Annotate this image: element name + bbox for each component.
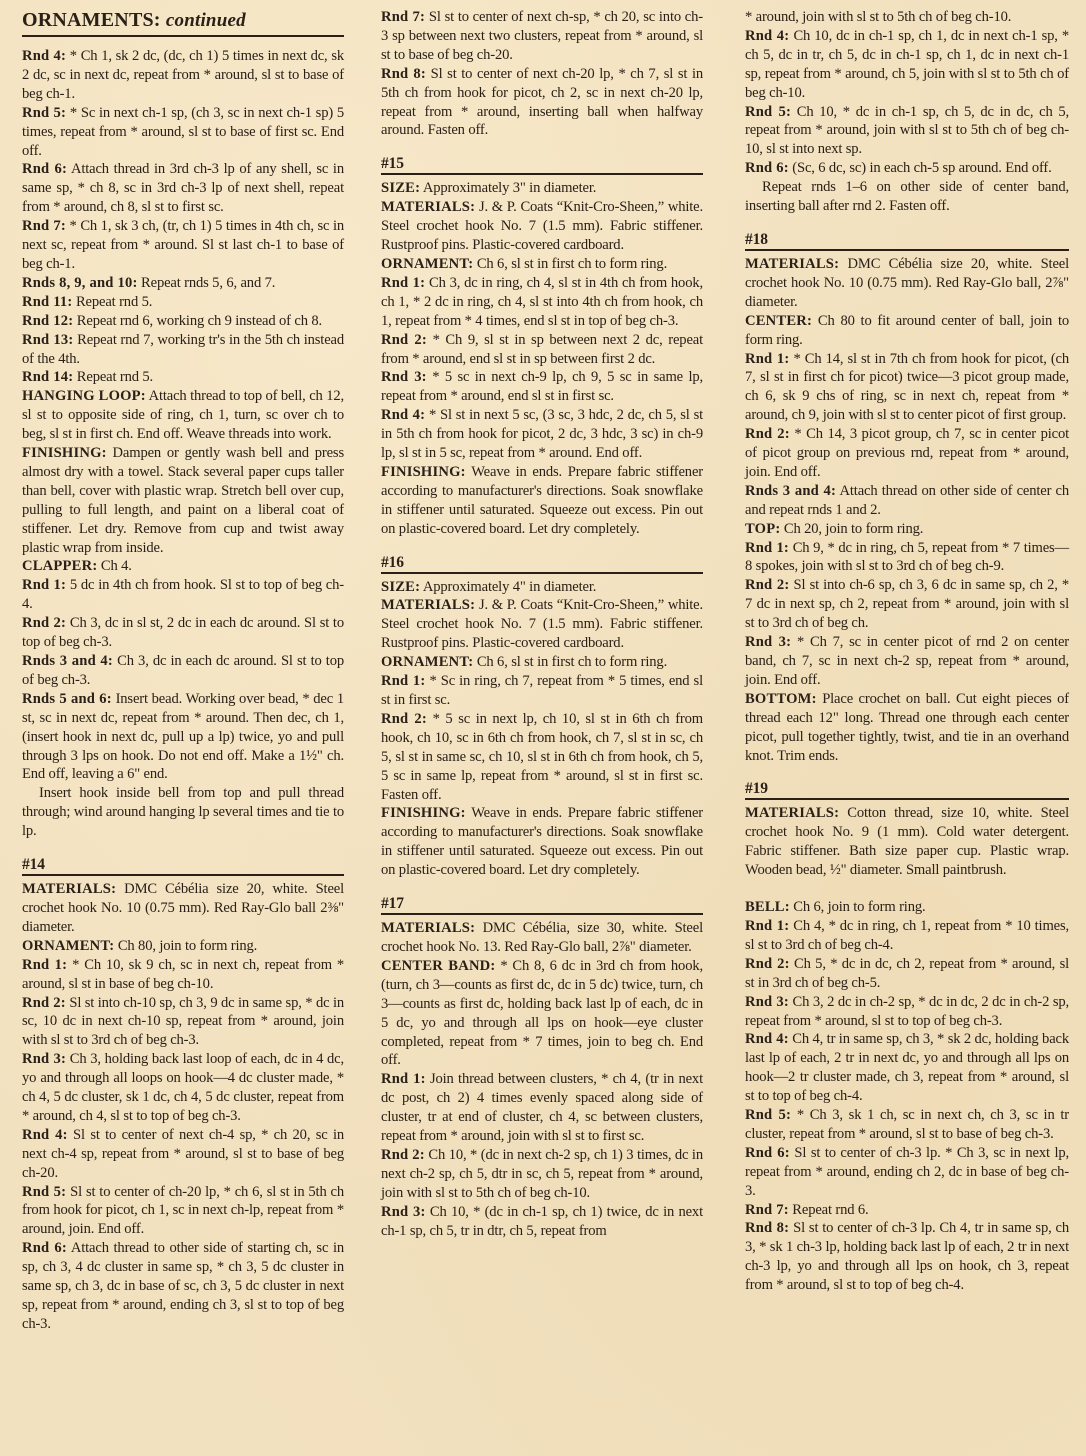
instruction-paragraph: MATERIALS: J. & P. Coats “Knit-Cro-Sheen… [381,198,703,255]
step-label: SIZE: [381,579,420,595]
instruction-paragraph: Rnd 7: Sl st to center of next ch-sp, * … [381,8,703,65]
step-label: Rnds 8, 9, and 10: [22,275,138,291]
step-text: Ch 6, join to form ring. [790,899,926,915]
step-label: Rnd 6: [22,1240,67,1256]
step-label: Rnd 1: [745,351,789,367]
instruction-paragraph: Rnd 2: Sl st into ch-6 sp, ch 3, 6 dc in… [745,576,1069,633]
instruction-paragraph: Rnd 5: Sl st to center of ch-20 lp, * ch… [22,1183,344,1240]
instruction-paragraph: Rnd 6: Sl st to center of ch-3 lp. * Ch … [745,1144,1069,1201]
instruction-paragraph: Rnd 5: Ch 10, * dc in ch-1 sp, ch 5, dc … [745,103,1069,160]
step-label: Rnd 12: [22,313,73,329]
section-heading: #15 [381,154,703,175]
step-text: Repeat rnd 6, working ch 9 instead of ch… [73,313,322,329]
instruction-paragraph: Rnd 1: Ch 9, * dc in ring, ch 5, repeat … [745,539,1069,577]
step-text: Approximately 4" in diameter. [420,579,596,595]
step-text: Repeat rnd 6. [789,1202,869,1218]
instruction-paragraph: Rnd 3: * 5 sc in next ch-9 lp, ch 9, 5 s… [381,368,703,406]
step-label: HANGING LOOP: [22,388,146,404]
section-heading: #16 [381,553,703,574]
step-label: Rnd 2: [745,956,790,972]
instruction-paragraph: FINISHING: Weave in ends. Prepare fabric… [381,804,703,880]
instruction-paragraph: Rnd 1: Ch 3, dc in ring, ch 4, sl st in … [381,274,703,331]
instruction-paragraph: Rnd 2: Sl st into ch-10 sp, ch 3, 9 dc i… [22,994,344,1051]
step-text: Sl st into ch-10 sp, ch 3, 9 dc in same … [22,995,344,1049]
instruction-paragraph: FINISHING: Weave in ends. Prepare fabric… [381,463,703,539]
step-text: Approximately 3" in diameter. [420,180,596,196]
instruction-paragraph: MATERIALS: J. & P. Coats “Knit-Cro-Sheen… [381,596,703,653]
instruction-paragraph: Rnd 6: Attach thread to other side of st… [22,1239,344,1334]
instruction-paragraph: Rnd 8: Sl st to center of next ch-20 lp,… [381,65,703,141]
instruction-paragraph: Rnd 1: * Sc in ring, ch 7, repeat from *… [381,672,703,710]
step-label: Rnd 5: [745,1107,791,1123]
step-text: Sl st to center of next ch-4 sp, * ch 20… [22,1127,344,1181]
magazine-page: ORNAMENTS: continuedRnd 4: * Ch 1, sk 2 … [0,0,1086,1456]
step-label: Rnd 1: [22,577,66,593]
instruction-paragraph: Rnd 13: Repeat rnd 7, working tr's in th… [22,331,344,369]
instruction-paragraph: Rnd 1: Ch 4, * dc in ring, ch 1, repeat … [745,917,1069,955]
step-label: Rnd 4: [745,1031,789,1047]
step-text: Ch 3, dc in sl st, 2 dc in each dc aroun… [22,615,344,650]
step-label: Rnd 3: [745,994,789,1010]
instruction-paragraph: Rnd 5: * Sc in next ch-1 sp, (ch 3, sc i… [22,104,344,161]
step-label: Rnd 4: [22,48,66,64]
step-text: * Ch 10, sk 9 ch, sc in next ch, repeat … [22,957,344,992]
page-title-suffix: continued [166,10,246,31]
step-text: * Ch 3, sk 1 ch, sc in next ch, ch 3, sc… [745,1107,1069,1142]
instruction-paragraph: MATERIALS: DMC Cébélia size 20, white. S… [22,880,344,937]
instruction-paragraph: Rnd 4: Sl st to center of next ch-4 sp, … [22,1126,344,1183]
step-text: Sl st to center of ch-3 lp. Ch 4, tr in … [745,1220,1069,1293]
step-text: Sl st to center of ch-3 lp. * Ch 3, sc i… [745,1145,1069,1199]
section-heading: #14 [22,855,344,876]
instruction-paragraph: BOTTOM: Place crochet on ball. Cut eight… [745,690,1069,766]
step-label: BOTTOM: [745,691,817,707]
step-text: * Sc in ring, ch 7, repeat from * 5 time… [381,673,703,708]
step-text: Join thread between clusters, * ch 4, (t… [381,1071,703,1144]
instruction-paragraph: * around, join with sl st to 5th ch of b… [745,8,1069,27]
step-label: Rnd 5: [745,104,791,120]
instruction-paragraph: Rnd 2: Ch 5, * dc in dc, ch 2, repeat fr… [745,955,1069,993]
instruction-paragraph: BELL: Ch 6, join to form ring. [745,898,1069,917]
step-label: Rnd 2: [381,711,427,727]
instruction-paragraph: Rnds 3 and 4: Ch 3, dc in each dc around… [22,652,344,690]
step-text: Repeat rnds 1–6 on other side of center … [745,179,1069,214]
step-text: Sl st to center of next ch-20 lp, * ch 7… [381,66,703,139]
step-label: MATERIALS: [745,256,839,272]
step-label: SIZE: [381,180,420,196]
step-label: FINISHING: [381,464,466,480]
column-right: * around, join with sl st to 5th ch of b… [745,8,1069,1456]
step-label: ORNAMENT: [381,654,473,670]
instruction-paragraph: Rnd 2: Ch 10, * (dc in next ch-2 sp, ch … [381,1146,703,1203]
step-label: MATERIALS: [381,597,475,613]
step-text: Sl st to center of next ch-sp, * ch 20, … [381,9,703,63]
step-label: Rnd 1: [381,275,425,291]
instruction-paragraph: ORNAMENT: Ch 6, sl st in first ch to for… [381,255,703,274]
step-label: Rnd 11: [22,294,72,310]
step-label: Rnd 6: [745,160,789,176]
step-text: Ch 3, holding back last loop of each, dc… [22,1051,344,1124]
step-label: Rnd 6: [22,161,67,177]
instruction-paragraph: SIZE: Approximately 3" in diameter. [381,179,703,198]
instruction-paragraph: Rnd 8: Sl st to center of ch-3 lp. Ch 4,… [745,1219,1069,1295]
step-label: Rnd 14: [22,369,73,385]
step-text: * Ch 1, sk 2 dc, (dc, ch 1) 5 times in n… [22,48,344,102]
step-label: Rnd 5: [22,105,66,121]
step-label: Rnd 2: [745,426,790,442]
step-label: Rnd 3: [22,1051,66,1067]
step-text: * 5 sc in next lp, ch 10, sl st in 6th c… [381,711,703,803]
instruction-paragraph: MATERIALS: DMC Cébélia size 20, white. S… [745,255,1069,312]
step-label: CLAPPER: [22,558,97,574]
step-label: Rnd 7: [745,1202,789,1218]
instruction-paragraph: Rnd 3: * Ch 7, sc in center picot of rnd… [745,633,1069,690]
instruction-paragraph: Rnd 12: Repeat rnd 6, working ch 9 inste… [22,312,344,331]
step-label: Rnd 1: [381,1071,426,1087]
step-label: Rnd 6: [745,1145,790,1161]
instruction-paragraph: Rnds 8, 9, and 10: Repeat rnds 5, 6, and… [22,274,344,293]
instruction-paragraph: Rnd 4: Ch 10, dc in ch-1 sp, ch 1, dc in… [745,27,1069,103]
instruction-paragraph: Rnd 11: Repeat rnd 5. [22,293,344,312]
step-text: Ch 80, join to form ring. [114,938,257,954]
instruction-paragraph: Rnd 1: Join thread between clusters, * c… [381,1070,703,1146]
step-label: Rnd 1: [22,957,67,973]
step-text: Repeat rnd 5. [72,294,152,310]
instruction-paragraph: Rnd 7: * Ch 1, sk 3 ch, (tr, ch 1) 5 tim… [22,217,344,274]
step-label: Rnd 3: [381,369,427,385]
instruction-paragraph: Insert hook inside bell from top and pul… [22,784,344,841]
step-label: Rnd 2: [381,1147,425,1163]
instruction-paragraph: CENTER BAND: * Ch 8, 6 dc in 3rd ch from… [381,957,703,1070]
step-label: TOP: [745,521,780,537]
instruction-paragraph: Rnds 5 and 6: Insert bead. Working over … [22,690,344,785]
step-text: * Ch 8, 6 dc in 3rd ch from hook, (turn,… [381,958,703,1069]
column-left: ORNAMENTS: continuedRnd 4: * Ch 1, sk 2 … [22,8,344,1456]
step-text: Ch 10, dc in ch-1 sp, ch 1, dc in next c… [745,28,1069,101]
step-text: Ch 4, tr in same sp, ch 3, * sk 2 dc, ho… [745,1031,1069,1104]
instruction-paragraph: Rnd 2: Ch 3, dc in sl st, 2 dc in each d… [22,614,344,652]
step-text: Ch 10, * (dc in next ch-2 sp, ch 1) 3 ti… [381,1147,703,1201]
instruction-paragraph: Rnd 4: Ch 4, tr in same sp, ch 3, * sk 2… [745,1030,1069,1106]
step-label: Rnd 7: [22,218,66,234]
instruction-paragraph: ORNAMENT: Ch 6, sl st in first ch to for… [381,653,703,672]
step-label: Rnd 4: [381,407,425,423]
instruction-paragraph: Rnd 1: * Ch 10, sk 9 ch, sc in next ch, … [22,956,344,994]
step-text: * Ch 7, sc in center picot of rnd 2 on c… [745,634,1069,688]
step-text: Sl st into ch-6 sp, ch 3, 6 dc in same s… [745,577,1069,631]
instruction-paragraph: SIZE: Approximately 4" in diameter. [381,578,703,597]
step-text: Ch 4. [97,558,131,574]
step-label: ORNAMENT: [381,256,473,272]
step-label: FINISHING: [22,445,107,461]
instruction-paragraph: Rnd 1: 5 dc in 4th ch from hook. Sl st t… [22,576,344,614]
instruction-paragraph: Rnd 2: * Ch 9, sl st in sp between next … [381,331,703,369]
step-label: Rnd 2: [745,577,789,593]
step-text: * Ch 14, 3 picot group, ch 7, sc in cent… [745,426,1069,480]
step-text: Ch 20, join to form ring. [780,521,923,537]
instruction-paragraph: MATERIALS: DMC Cébélia, size 30, white. … [381,919,703,957]
step-label: Rnd 4: [745,28,789,44]
step-text: Ch 6, sl st in first ch to form ring. [473,256,667,272]
step-text: Ch 10, * (dc in ch-1 sp, ch 1) twice, dc… [381,1204,703,1239]
step-label: Rnd 2: [22,615,66,631]
instruction-paragraph: CLAPPER: Ch 4. [22,557,344,576]
page-title: ORNAMENTS: continued [22,8,344,37]
step-text: * Ch 14, sl st in 7th ch from hook for p… [745,351,1069,424]
instruction-paragraph: CENTER: Ch 80 to fit around center of ba… [745,312,1069,350]
section-heading: #18 [745,230,1069,251]
step-label: Rnd 2: [22,995,66,1011]
step-label: Rnd 7: [381,9,425,25]
step-label: MATERIALS: [745,805,839,821]
instruction-paragraph: Rnd 2: * 5 sc in next lp, ch 10, sl st i… [381,710,703,805]
step-label: Rnds 3 and 4: [745,483,836,499]
step-label: Rnd 4: [22,1127,68,1143]
instruction-paragraph: Rnd 3: Ch 10, * (dc in ch-1 sp, ch 1) tw… [381,1203,703,1241]
page-title-text: ORNAMENTS: [22,9,161,31]
step-label: Rnds 5 and 6: [22,691,112,707]
step-label: Rnd 1: [381,673,425,689]
instruction-paragraph: Repeat rnds 1–6 on other side of center … [745,178,1069,216]
step-text: Ch 5, * dc in dc, ch 2, repeat from * ar… [745,956,1069,991]
step-label: Rnd 1: [745,918,789,934]
instruction-paragraph: MATERIALS: Cotton thread, size 10, white… [745,804,1069,880]
step-label: Rnd 5: [22,1184,66,1200]
step-text: * Sl st in next 5 sc, (3 sc, 3 hdc, 2 dc… [381,407,703,461]
instruction-paragraph: Rnd 6: (Sc, 6 dc, sc) in each ch-5 sp ar… [745,159,1069,178]
step-label: ORNAMENT: [22,938,114,954]
instruction-paragraph: Rnd 3: Ch 3, 2 dc in ch-2 sp, * dc in dc… [745,993,1069,1031]
step-label: BELL: [745,899,790,915]
instruction-paragraph: Rnds 3 and 4: Attach thread on other sid… [745,482,1069,520]
step-label: Rnd 8: [381,66,426,82]
instruction-paragraph: HANGING LOOP: Attach thread to top of be… [22,387,344,444]
instruction-paragraph: Rnd 14: Repeat rnd 5. [22,368,344,387]
step-label: CENTER BAND: [381,958,495,974]
step-label: Rnd 3: [745,634,791,650]
instruction-paragraph: Rnd 4: * Sl st in next 5 sc, (3 sc, 3 hd… [381,406,703,463]
step-label: FINISHING: [381,805,466,821]
step-text: Attach thread in 3rd ch-3 lp of any shel… [22,161,344,215]
step-label: Rnd 2: [381,332,427,348]
step-label: CENTER: [745,313,812,329]
step-text: Ch 6, sl st in first ch to form ring. [473,654,667,670]
step-text: Ch 10, * dc in ch-1 sp, ch 5, dc in dc, … [745,104,1069,158]
section-heading: #19 [745,779,1069,800]
step-text: * Ch 9, sl st in sp between next 2 dc, r… [381,332,703,367]
step-text: Dampen or gently wash bell and press alm… [22,445,344,556]
step-label: Rnd 8: [745,1220,789,1236]
instruction-paragraph: Rnd 6: Attach thread in 3rd ch-3 lp of a… [22,160,344,217]
spacer [745,880,1069,898]
step-label: Rnds 3 and 4: [22,653,113,669]
instruction-paragraph: TOP: Ch 20, join to form ring. [745,520,1069,539]
step-text: Ch 3, dc in ring, ch 4, sl st in 4th ch … [381,275,703,329]
step-text: 5 dc in 4th ch from hook. Sl st to top o… [22,577,344,612]
instruction-paragraph: Rnd 4: * Ch 1, sk 2 dc, (dc, ch 1) 5 tim… [22,47,344,104]
step-text: Sl st to center of ch-20 lp, * ch 6, sl … [22,1184,344,1238]
instruction-paragraph: Rnd 2: * Ch 14, 3 picot group, ch 7, sc … [745,425,1069,482]
step-label: Rnd 13: [22,332,73,348]
step-text: * 5 sc in next ch-9 lp, ch 9, 5 sc in sa… [381,369,703,404]
step-text: (Sc, 6 dc, sc) in each ch-5 sp around. E… [789,160,1052,176]
section-heading: #17 [381,894,703,915]
instruction-paragraph: Rnd 5: * Ch 3, sk 1 ch, sc in next ch, c… [745,1106,1069,1144]
step-text: Repeat rnds 5, 6, and 7. [138,275,276,291]
step-text: * Sc in next ch-1 sp, (ch 3, sc in next … [22,105,344,159]
step-label: Rnd 1: [745,540,789,556]
step-label: MATERIALS: [381,920,475,936]
step-text: Repeat rnd 5. [73,369,153,385]
step-label: MATERIALS: [381,199,475,215]
step-text: * around, join with sl st to 5th ch of b… [745,9,1011,25]
step-label: Rnd 3: [381,1204,426,1220]
instruction-paragraph: Rnd 3: Ch 3, holding back last loop of e… [22,1050,344,1126]
step-text: Ch 3, 2 dc in ch-2 sp, * dc in dc, 2 dc … [745,994,1069,1029]
instruction-paragraph: Rnd 7: Repeat rnd 6. [745,1201,1069,1220]
step-text: Ch 4, * dc in ring, ch 1, repeat from * … [745,918,1069,953]
step-label: MATERIALS: [22,881,116,897]
column-middle: Rnd 7: Sl st to center of next ch-sp, * … [381,8,703,1456]
instruction-paragraph: ORNAMENT: Ch 80, join to form ring. [22,937,344,956]
step-text: Attach thread to other side of starting … [22,1240,344,1332]
instruction-paragraph: Rnd 1: * Ch 14, sl st in 7th ch from hoo… [745,350,1069,426]
step-text: Insert hook inside bell from top and pul… [22,785,344,839]
step-text: Ch 9, * dc in ring, ch 5, repeat from * … [745,540,1069,575]
instruction-paragraph: FINISHING: Dampen or gently wash bell an… [22,444,344,557]
step-text: * Ch 1, sk 3 ch, (tr, ch 1) 5 times in 4… [22,218,344,272]
